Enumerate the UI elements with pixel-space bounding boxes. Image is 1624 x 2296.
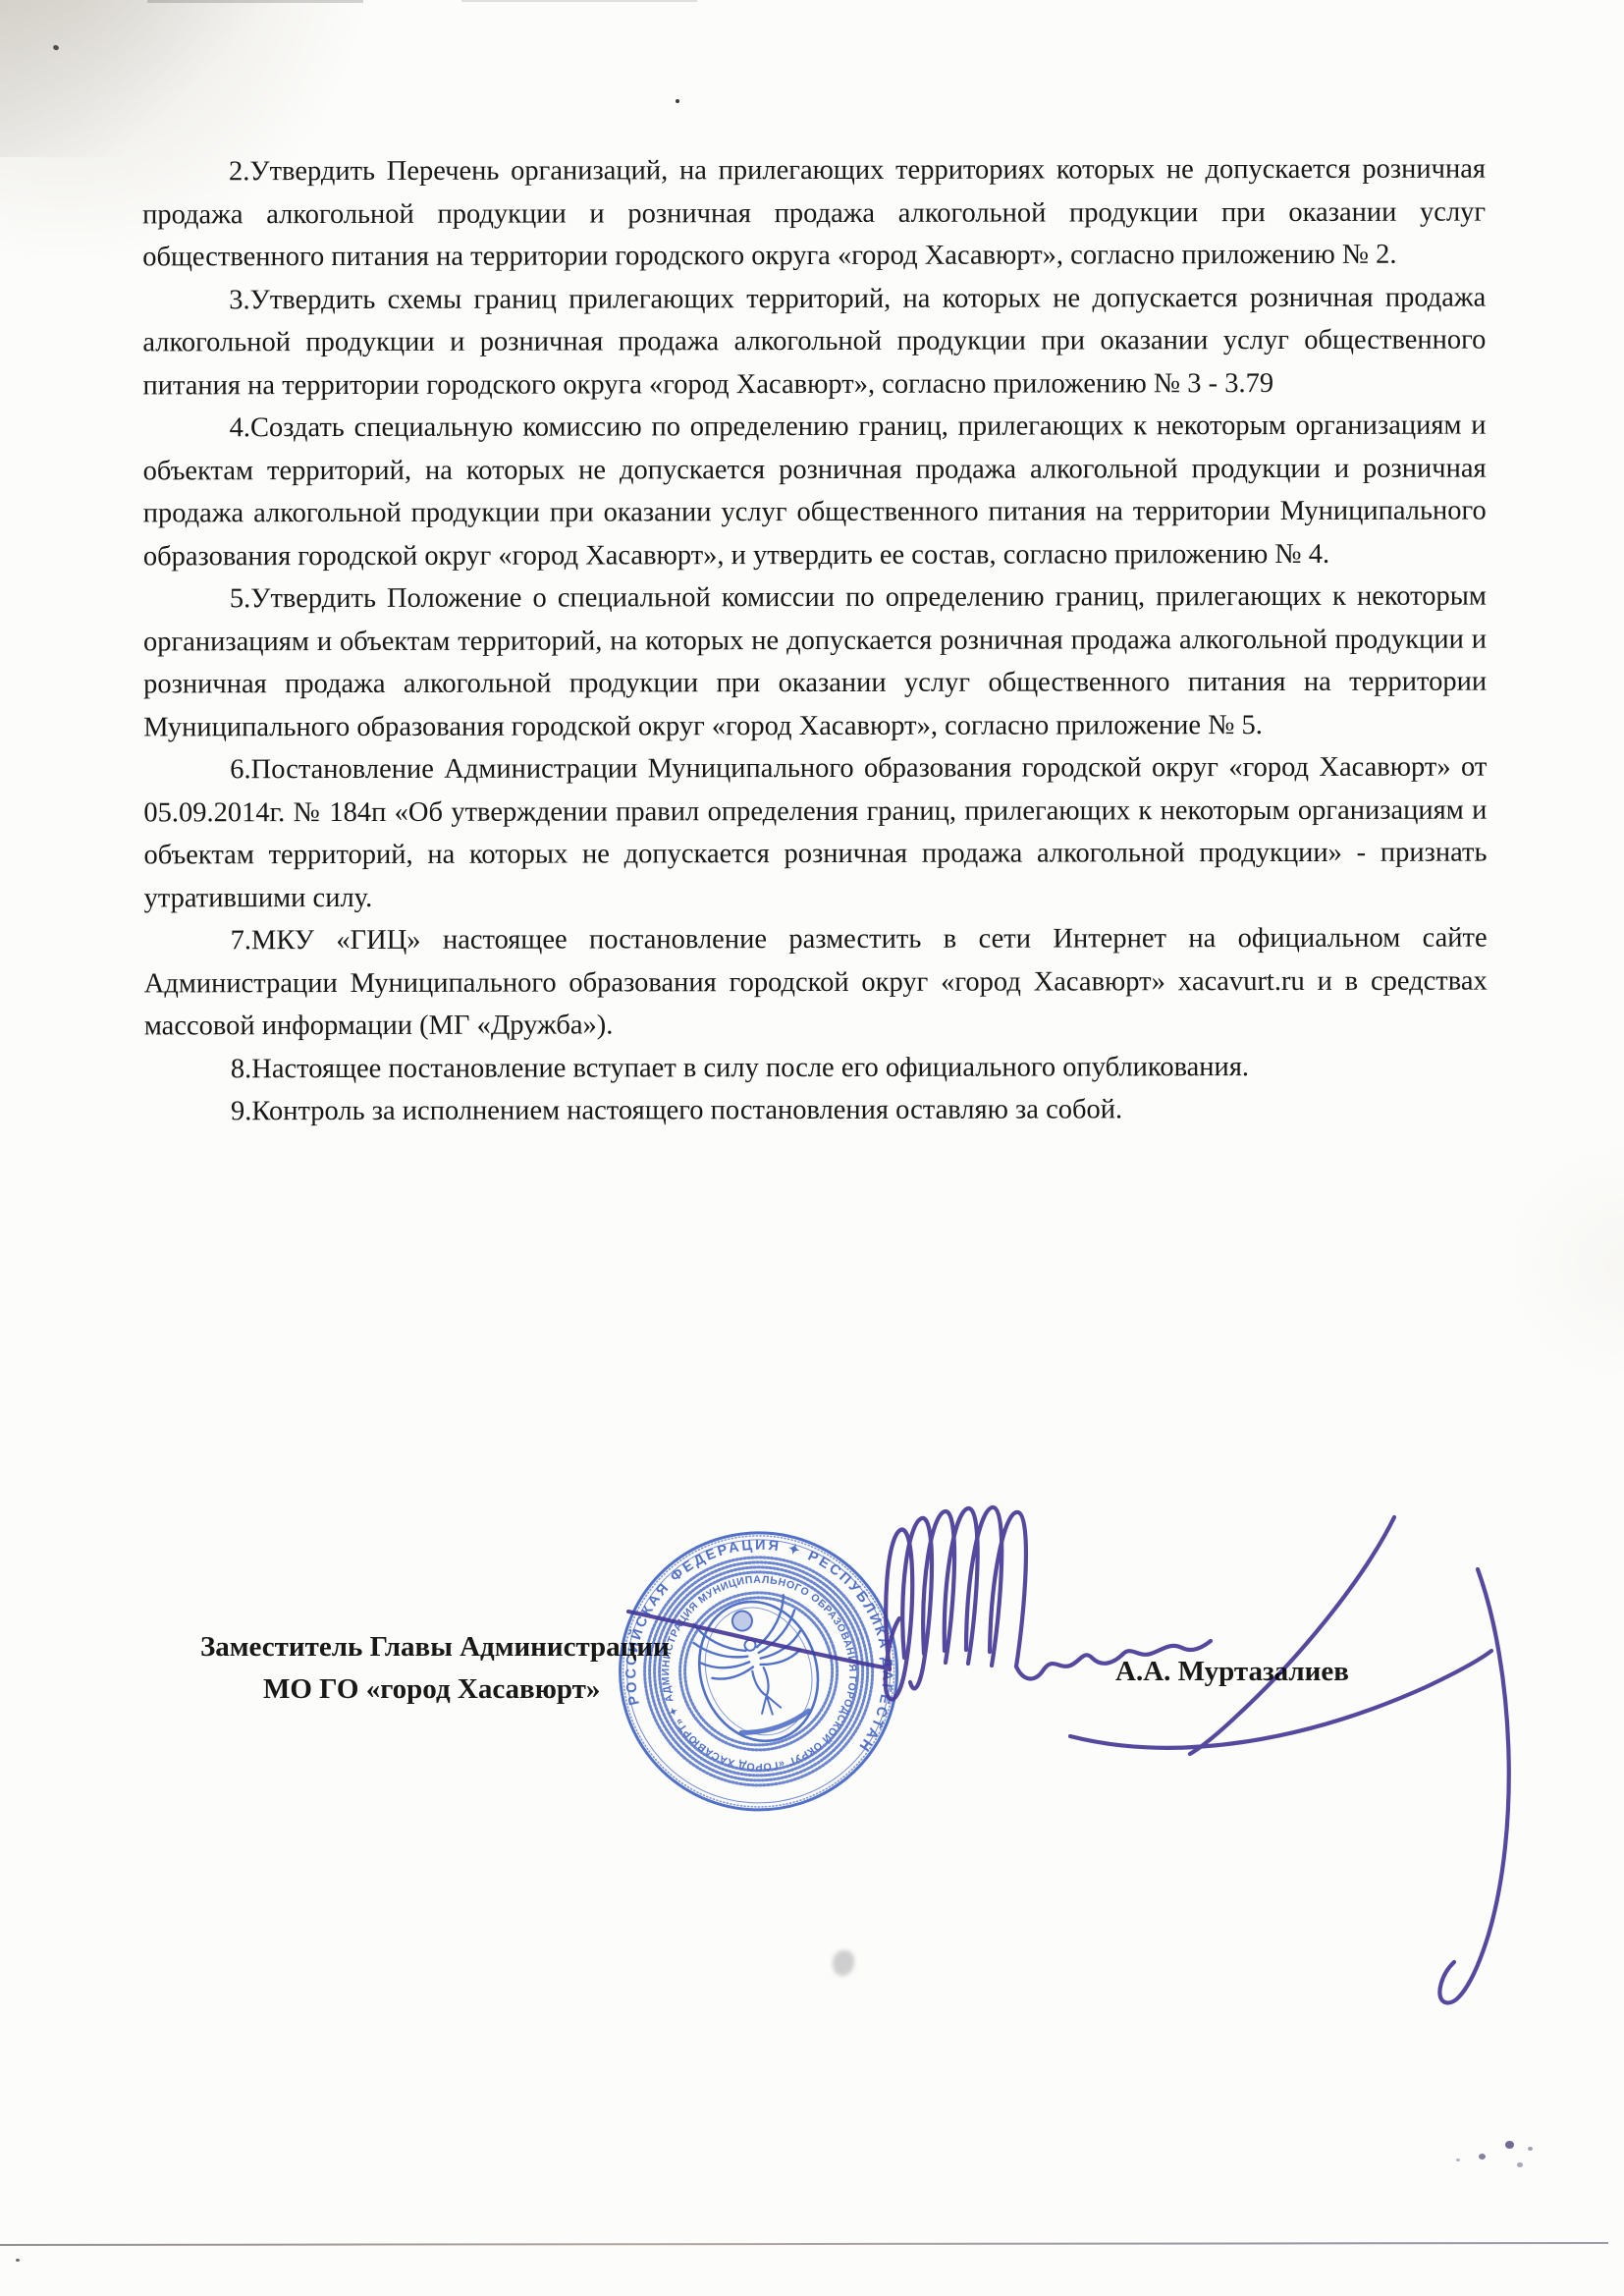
signer-organization: МО ГО «город Хасавюрт» [200,1668,670,1711]
paragraph-4: 4.Создать специальную комиссию по опреде… [143,405,1487,578]
paragraph-9: 9.Контроль за исполнением настоящего пос… [144,1088,1488,1133]
scan-edge-mark [147,0,363,3]
handwritten-signature [628,1507,1509,2003]
ink-speck [1505,2141,1514,2149]
scan-speck [676,99,679,103]
ink-speck [1456,2159,1460,2161]
scan-edge-line [0,2242,1608,2246]
document-body: 2.Утвердить Перечень организаций, на при… [142,148,1488,1133]
paragraph-6: 6.Постановление Администрации Муниципаль… [143,746,1487,920]
scan-fold-shadow [0,0,295,157]
ink-speck [1528,2147,1533,2151]
paragraph-7: 7.МКУ «ГИЦ» настоящее постановление разм… [144,917,1488,1048]
signer-position-title: Заместитель Главы Администрации [200,1626,670,1668]
paragraph-3: 3.Утвердить схемы границ прилегающих тер… [142,276,1486,407]
signature-title-block: Заместитель Главы Администрации МО ГО «г… [200,1626,670,1711]
paragraph-8: 8.Настоящее постановление вступает в сил… [144,1045,1488,1090]
ink-speck [1517,2162,1523,2167]
dagestan-eagle-icon [681,1586,836,1756]
ink-speck [1479,2154,1486,2159]
scanned-document-page: 2.Утвердить Перечень организаций, на при… [0,0,1624,2296]
paragraph-2: 2.Утвердить Перечень организаций, на при… [142,148,1486,279]
paragraph-5: 5.Утвердить Положение о специальной коми… [143,575,1487,749]
scan-speck [16,2259,20,2262]
scan-smudge [833,1950,854,1976]
signer-name: А.А. Муртазалиев [1115,1656,1349,1688]
scan-edge-mark [461,0,697,2]
